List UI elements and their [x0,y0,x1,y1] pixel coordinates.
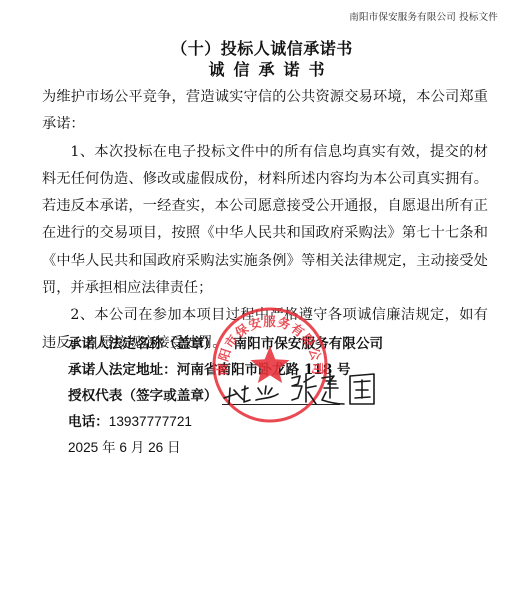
intro-paragraph: 为维护市场公平竞争，营造诚实守信的公共资源交易环境，本公司郑重承诺： [42,84,488,139]
representative-label: 授权代表（签字或盖章） [68,388,218,404]
company-address-label: 承诺人法定地址： [68,362,177,378]
company-name-value: 南阳市保安服务有限公司 [234,336,384,352]
signature-line [222,388,340,405]
page-header: 南阳市保安服务有限公司 投标文件 [349,9,498,23]
company-address-row: 承诺人法定地址：河南省南阳市卧龙路 118 号 [68,357,383,383]
company-name-row: 承诺人法定名称（盖章）南阳市保安服务有限公司 [68,331,383,357]
phone-label: 电话： [68,414,109,430]
clause-1: 1、本次投标在电子投标文件中的所有信息均真实有效，提交的材料无任何伪造、修改或虚… [42,139,488,303]
company-name-label: 承诺人法定名称（盖章） [68,336,218,352]
document-section-title: （十）投标人诚信承诺书 [0,36,524,59]
phone-row: 电话：13937777721 [68,409,383,435]
date-row: 2025 年 6 月 26 日 [68,435,383,461]
commitment-body: 为维护市场公平竞争，营造诚实守信的公共资源交易环境，本公司郑重承诺： 1、本次投… [42,84,488,357]
company-address-value: 河南省南阳市卧龙路 118 号 [177,362,351,378]
date-value: 2025 年 6 月 26 日 [68,440,181,455]
phone-value: 13937777721 [109,414,192,429]
signature-block: 承诺人法定名称（盖章）南阳市保安服务有限公司 承诺人法定地址：河南省南阳市卧龙路… [68,331,383,461]
representative-row: 授权代表（签字或盖章） [68,383,383,409]
document-title: 诚信承诺书 [0,57,524,80]
